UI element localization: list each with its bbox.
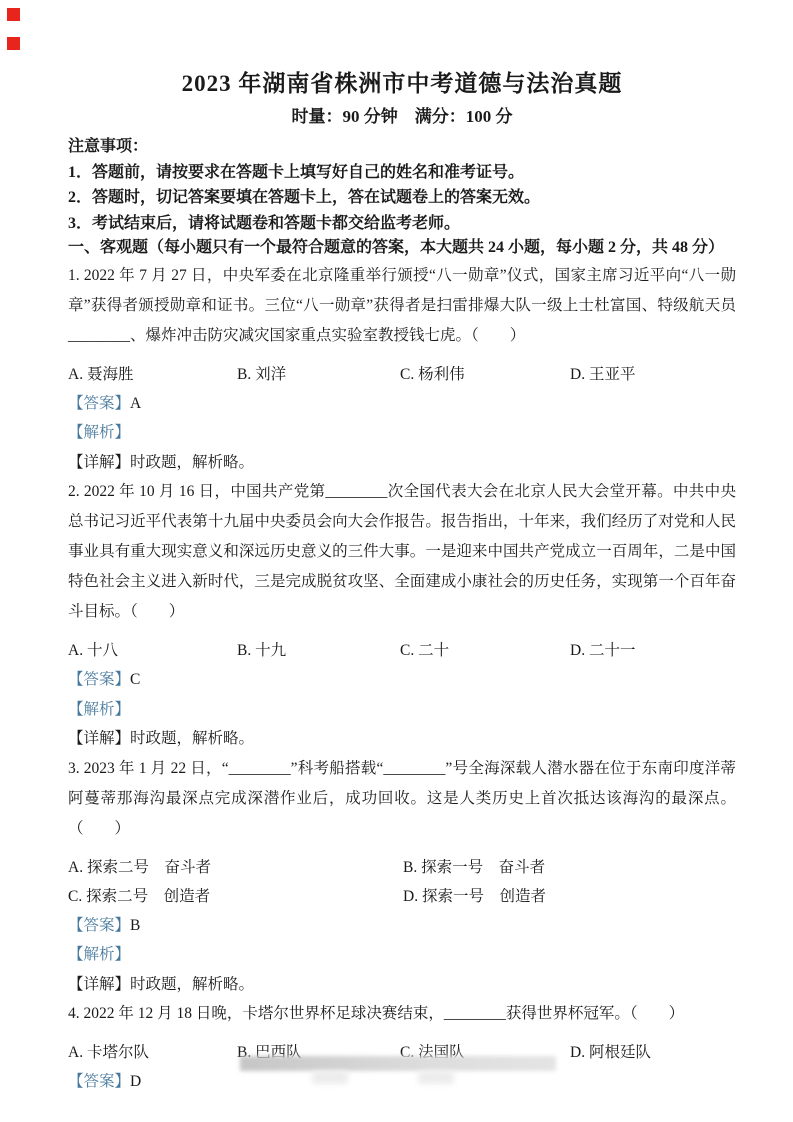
notice-item-2: 2．答题时，切记答案要填在答题卡上，答在试题卷上的答案无效。 bbox=[68, 185, 736, 211]
answer-value: B bbox=[130, 917, 140, 934]
answer-line: 【答案】C bbox=[68, 665, 736, 695]
answer-line: 【答案】B bbox=[68, 911, 736, 941]
question-2: 2. 2022 年 10 月 16 日，中国共产党第________次全国代表大… bbox=[68, 477, 736, 754]
section-heading: 一、客观题（每小题只有一个最符合题意的答案，本大题共 24 小题，每小题 2 分… bbox=[68, 236, 736, 261]
answer-value: D bbox=[130, 1073, 141, 1090]
exam-page: 2023 年湖南省株洲市中考道德与法治真题 时量：90 分钟 满分：100 分 … bbox=[0, 0, 793, 1097]
analysis-line: 【解析】 bbox=[68, 940, 736, 970]
red-square-marker-top bbox=[7, 8, 20, 21]
answer-value: C bbox=[130, 671, 140, 688]
analysis-line: 【解析】 bbox=[68, 418, 736, 448]
question-1-stem: 1. 2022 年 7 月 27 日，中央军委在北京隆重举行颁授“八一勋章”仪式… bbox=[68, 261, 736, 351]
option-d: D. 探索一号 创造者 bbox=[403, 882, 736, 911]
question-2-stem: 2. 2022 年 10 月 16 日，中国共产党第________次全国代表大… bbox=[68, 477, 736, 627]
detail-text: 时政题，解析略。 bbox=[130, 454, 254, 471]
page-title: 2023 年湖南省株洲市中考道德与法治真题 bbox=[68, 70, 736, 98]
watermark-blob bbox=[312, 1071, 348, 1084]
option-d: D. 二十一 bbox=[570, 636, 736, 665]
detail-line: 【详解】时政题，解析略。 bbox=[68, 970, 736, 1000]
option-b: B. 探索一号 奋斗者 bbox=[403, 853, 736, 882]
watermark-blob bbox=[418, 1071, 454, 1084]
question-4: 4. 2022 年 12 月 18 日晚，卡塔尔世界杯足球决赛结束，______… bbox=[68, 999, 736, 1097]
notice-item-3: 3．考试结束后，请将试题卷和答题卡都交给监考老师。 bbox=[68, 211, 736, 237]
answer-value: A bbox=[130, 395, 141, 412]
detail-label: 【详解】 bbox=[68, 454, 130, 471]
analysis-label: 【解析】 bbox=[68, 946, 130, 963]
option-a: A. 十八 bbox=[68, 636, 237, 665]
detail-text: 时政题，解析略。 bbox=[130, 730, 254, 747]
option-a: A. 探索二号 奋斗者 bbox=[68, 853, 403, 882]
red-square-marker-bottom bbox=[7, 37, 20, 50]
answer-label: 【答案】 bbox=[68, 395, 130, 412]
detail-label: 【详解】 bbox=[68, 730, 130, 747]
answer-line: 【答案】A bbox=[68, 389, 736, 419]
option-b: B. 十九 bbox=[237, 636, 400, 665]
analysis-line: 【解析】 bbox=[68, 695, 736, 725]
watermark-blur bbox=[240, 1056, 556, 1071]
option-a: A. 聂海胜 bbox=[68, 360, 237, 389]
question-3: 3. 2023 年 1 月 22 日，“________”科考船搭载“_____… bbox=[68, 754, 736, 1000]
answer-label: 【答案】 bbox=[68, 1073, 130, 1090]
detail-line: 【详解】时政题，解析略。 bbox=[68, 448, 736, 478]
option-c: C. 探索二号 创造者 bbox=[68, 882, 403, 911]
detail-line: 【详解】时政题，解析略。 bbox=[68, 724, 736, 754]
question-1-options: A. 聂海胜 B. 刘洋 C. 杨利伟 D. 王亚平 bbox=[68, 360, 736, 389]
question-3-stem: 3. 2023 年 1 月 22 日，“________”科考船搭载“_____… bbox=[68, 754, 736, 844]
notice-item-1: 1．答题前，请按要求在答题卡上填写好自己的姓名和准考证号。 bbox=[68, 160, 736, 186]
detail-label: 【详解】 bbox=[68, 976, 130, 993]
option-c: C. 二十 bbox=[400, 636, 570, 665]
question-1: 1. 2022 年 7 月 27 日，中央军委在北京隆重举行颁授“八一勋章”仪式… bbox=[68, 261, 736, 478]
question-4-stem: 4. 2022 年 12 月 18 日晚，卡塔尔世界杯足球决赛结束，______… bbox=[68, 999, 736, 1029]
answer-label: 【答案】 bbox=[68, 917, 130, 934]
option-a: A. 卡塔尔队 bbox=[68, 1038, 237, 1067]
option-d: D. 阿根廷队 bbox=[570, 1038, 736, 1067]
analysis-label: 【解析】 bbox=[68, 424, 130, 441]
answer-line: 【答案】D bbox=[68, 1067, 736, 1097]
notice-heading: 注意事项： bbox=[68, 134, 736, 160]
option-b: B. 刘洋 bbox=[237, 360, 400, 389]
option-c: C. 杨利伟 bbox=[400, 360, 570, 389]
answer-label: 【答案】 bbox=[68, 671, 130, 688]
question-3-options: A. 探索二号 奋斗者 B. 探索一号 奋斗者 C. 探索二号 创造者 D. 探… bbox=[68, 853, 736, 911]
option-d: D. 王亚平 bbox=[570, 360, 736, 389]
analysis-label: 【解析】 bbox=[68, 701, 130, 718]
notice-block: 注意事项： 1．答题前，请按要求在答题卡上填写好自己的姓名和准考证号。 2．答题… bbox=[68, 134, 736, 236]
question-2-options: A. 十八 B. 十九 C. 二十 D. 二十一 bbox=[68, 636, 736, 665]
detail-text: 时政题，解析略。 bbox=[130, 976, 254, 993]
exam-duration-score: 时量：90 分钟 满分：100 分 bbox=[68, 107, 736, 127]
